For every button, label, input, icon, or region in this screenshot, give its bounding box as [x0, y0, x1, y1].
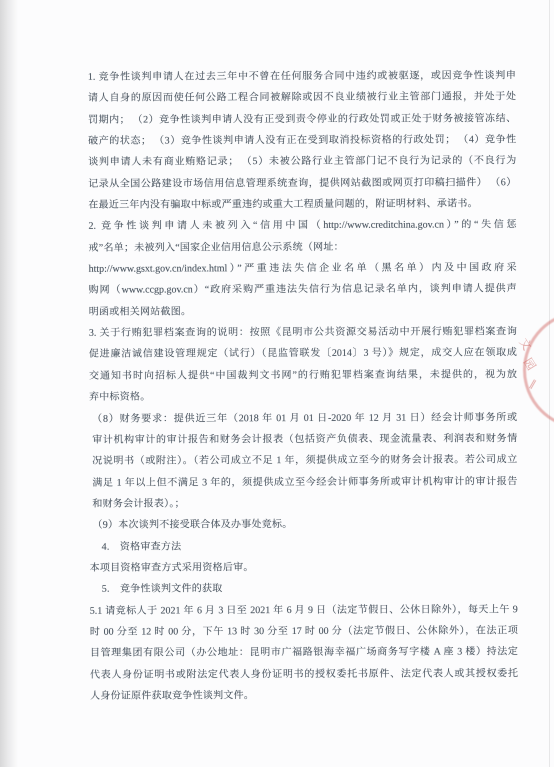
document-body: 1. 竞争性谈判申请人在过去三年中不曾在任何服务合同中违约或被驱逐，或因竞争性谈…	[88, 65, 518, 707]
text-line: 记录从全国公路建设市场信用信息管理系统查询，提供网站截图或网页打印稿扫描件） （…	[88, 172, 516, 195]
text-line: 破产的状态； （3）竞争性谈判申请人没有正在受到取消投标资格的行政处罚； （4）…	[88, 129, 516, 152]
text-line: 交通知书时向招标人提供“中国裁判文书网”的行贿犯罪档案查询结果，未提供的，视为放	[89, 364, 517, 387]
text-line: 5.1 请竞标人于 2021 年 6 月 3 日至 2021 年 6 月 9 日…	[90, 599, 518, 622]
text-line: 弃中标资格。	[89, 385, 517, 408]
text-line: 请人自身的原因而使任何公路工程合同被解除或因不良业绩被行业主管部门通报，并处于处	[88, 87, 516, 110]
text-line: 和财务会计报表）。；	[89, 492, 517, 515]
text-line: （8）财务要求：提供近三年（2018 年 01 月 01 日-2020 年 12…	[89, 407, 517, 430]
text-line: 购网（www.ccgp.gov.cn）“政府采购严重违法失信行为信息记录名单内，…	[89, 279, 517, 302]
text-line: 满足 1 年以上但不满足 3 年的，须提供成立至今经会计师事务所或审计机构审计的…	[89, 471, 517, 494]
text-line: 况说明书（或附注）。（若公司成立不足 1 年，须提供成立至今的财务会计报表。若公…	[89, 449, 517, 472]
text-line: 代表人身份证明书或附法定代表人身份证明书的授权委托书原件、法定代表人或其授权委托	[90, 663, 518, 686]
text-line: 谈判申请人未有商业贿赂记录； （5）未被公路行业主管部门记不良行为记录的（不良行…	[88, 151, 516, 174]
text-line: （9）本次谈判不接受联合体及办事处竞标。	[89, 513, 517, 536]
text-line: 明函或相关网站截图。	[89, 300, 517, 323]
text-line: 本项目资格审查方式采用资格后审。	[90, 556, 518, 579]
text-line: 时 00 分至 12 时 00 分，下午 13 时 30 分至 17 时 00 …	[90, 620, 518, 643]
text-line: 人身份证原件获取竞争性谈判文件。	[90, 684, 518, 707]
text-line: http://www.gsxt.gov.cn/index.html）”严重违法失…	[89, 257, 517, 280]
scanned-document-page: 1. 竞争性谈判申请人在过去三年中不曾在任何服务合同中违约或被驱逐，或因竞争性谈…	[0, 0, 554, 767]
text-line: 审计机构审计的审计报告和财务会计报表（包括资产负债表、现金流量表、利润表和财务情	[89, 428, 517, 451]
text-line: 2. 竞争性谈判申请人未被列入“信用中国（http://www.creditch…	[88, 215, 516, 238]
text-line: 5. 竞争性谈判文件的获取	[90, 578, 518, 601]
text-line: 促进廉洁诚信建设管理规定（试行）（昆监管联发〔2014〕3 号）》规定，成交人应…	[89, 343, 517, 366]
text-line: 戒”名单；未被列入“国家企业信用信息公示系统（网址：	[88, 236, 516, 259]
text-line: 罚期内； （2）竞争性谈判申请人没有正受到责令停业的行政处罚或正处于财务被接管冻…	[88, 108, 516, 131]
text-line: 4. 资格审查方法	[90, 535, 518, 558]
text-line: 1. 竞争性谈判申请人在过去三年中不曾在任何服务合同中违约或被驱逐，或因竞争性谈…	[88, 65, 516, 88]
text-line: 3. 关于行贿犯罪档案查询的说明：按照《昆明市公共资源交易活动中开展行贿犯罪档案…	[89, 321, 517, 344]
scan-edge-shadow-left	[0, 0, 18, 767]
text-line: 在最近三年内没有骗取中标或严重违约或重大工程质量问题的，附证明材料、承诺书。	[88, 193, 516, 216]
text-line: 目管理集团有限公司（办公地址：昆明市广福路银海幸福广场商务写字楼 A 座 3 楼…	[90, 642, 518, 665]
